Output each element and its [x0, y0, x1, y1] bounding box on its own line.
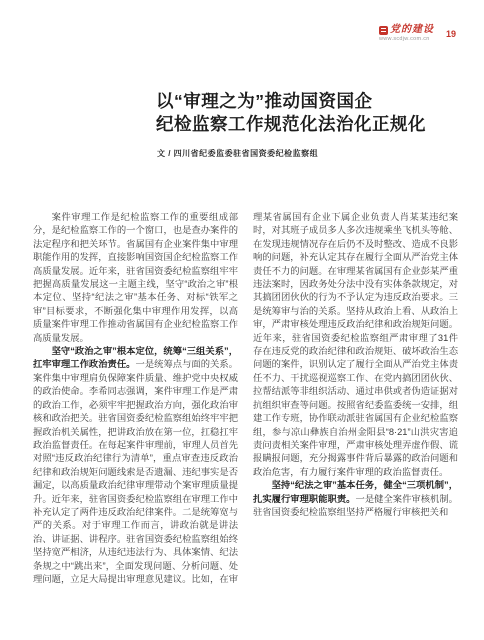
magazine-logo-text: 党的建设: [390, 25, 434, 35]
magazine-website: www.scdjw.com.cn: [379, 37, 430, 43]
article-byline: 文 / 四川省纪委监委驻省国资委纪检监察组: [157, 148, 318, 159]
article-title-line1: 以“审理之为”推动国资国企: [156, 91, 373, 111]
logo-seal-icon: [379, 26, 388, 35]
article-paragraph: 案件审理工作是纪检监察工作的重要组成部分，是纪检监察工作的一个窗口，也是查办案件…: [33, 211, 238, 345]
page-number: 19: [446, 29, 456, 39]
magazine-page: 党的建设 www.scdjw.com.cn 19 以“审理之为”推动国资国企 纪…: [0, 0, 484, 640]
article-title: 以“审理之为”推动国资国企 纪检监察工作规范化法治化正规化: [156, 90, 426, 136]
magazine-logo: 党的建设 www.scdjw.com.cn: [379, 25, 434, 43]
article-paragraph: 坚持“纪法之审”基本任务，健全“三项机制”，扎实履行审理职能职责。一是健全案件审…: [253, 479, 458, 519]
article-body: 案件审理工作是纪检监察工作的重要组成部分，是纪检监察工作的一个窗口，也是查办案件…: [33, 211, 458, 591]
paragraph-text: 案件审理工作是纪检监察工作的重要组成部分，是纪检监察工作的一个窗口，也是查办案件…: [33, 212, 238, 343]
article-title-line2: 纪检监察工作规范化法治化正规化: [156, 114, 426, 134]
page-header: 党的建设 www.scdjw.com.cn 19: [379, 25, 456, 43]
